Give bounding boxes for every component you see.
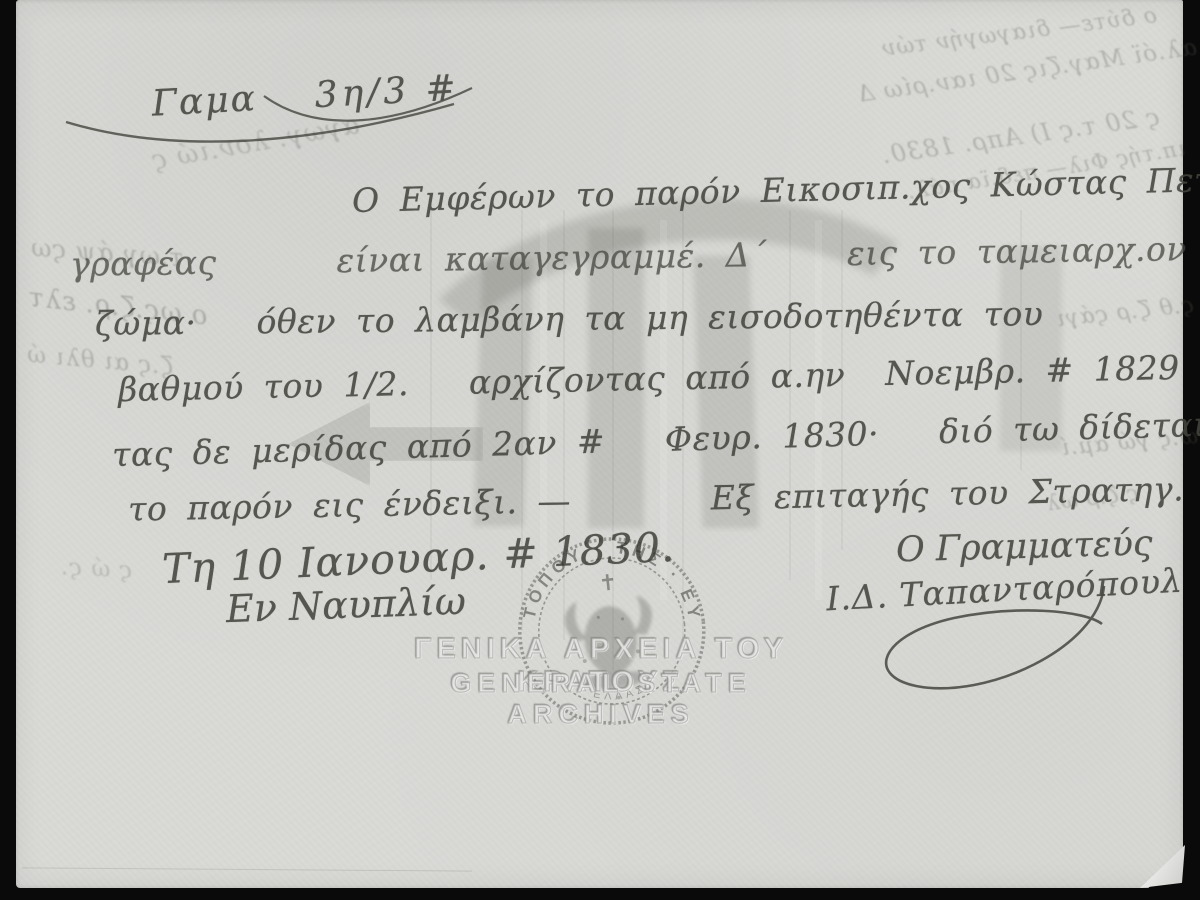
seal-cross-icon: ✝ [598,570,619,597]
bleed-through-text: ς ώ ς. [59,554,133,584]
docket-underline-flourish [52,78,492,148]
scanned-document-page: ο δύτε— διαγωγήν τών εγρ.ϊώ αλ.όϊ Μαγ.ζι… [0,0,1200,900]
handwritten-place: Εν Ναυπλίω [225,579,466,631]
signature-flourish-loop [858,560,1128,720]
archive-watermark-english: GENERAL STATE ARCHIVES [355,668,847,730]
scan-light-band [815,220,822,600]
